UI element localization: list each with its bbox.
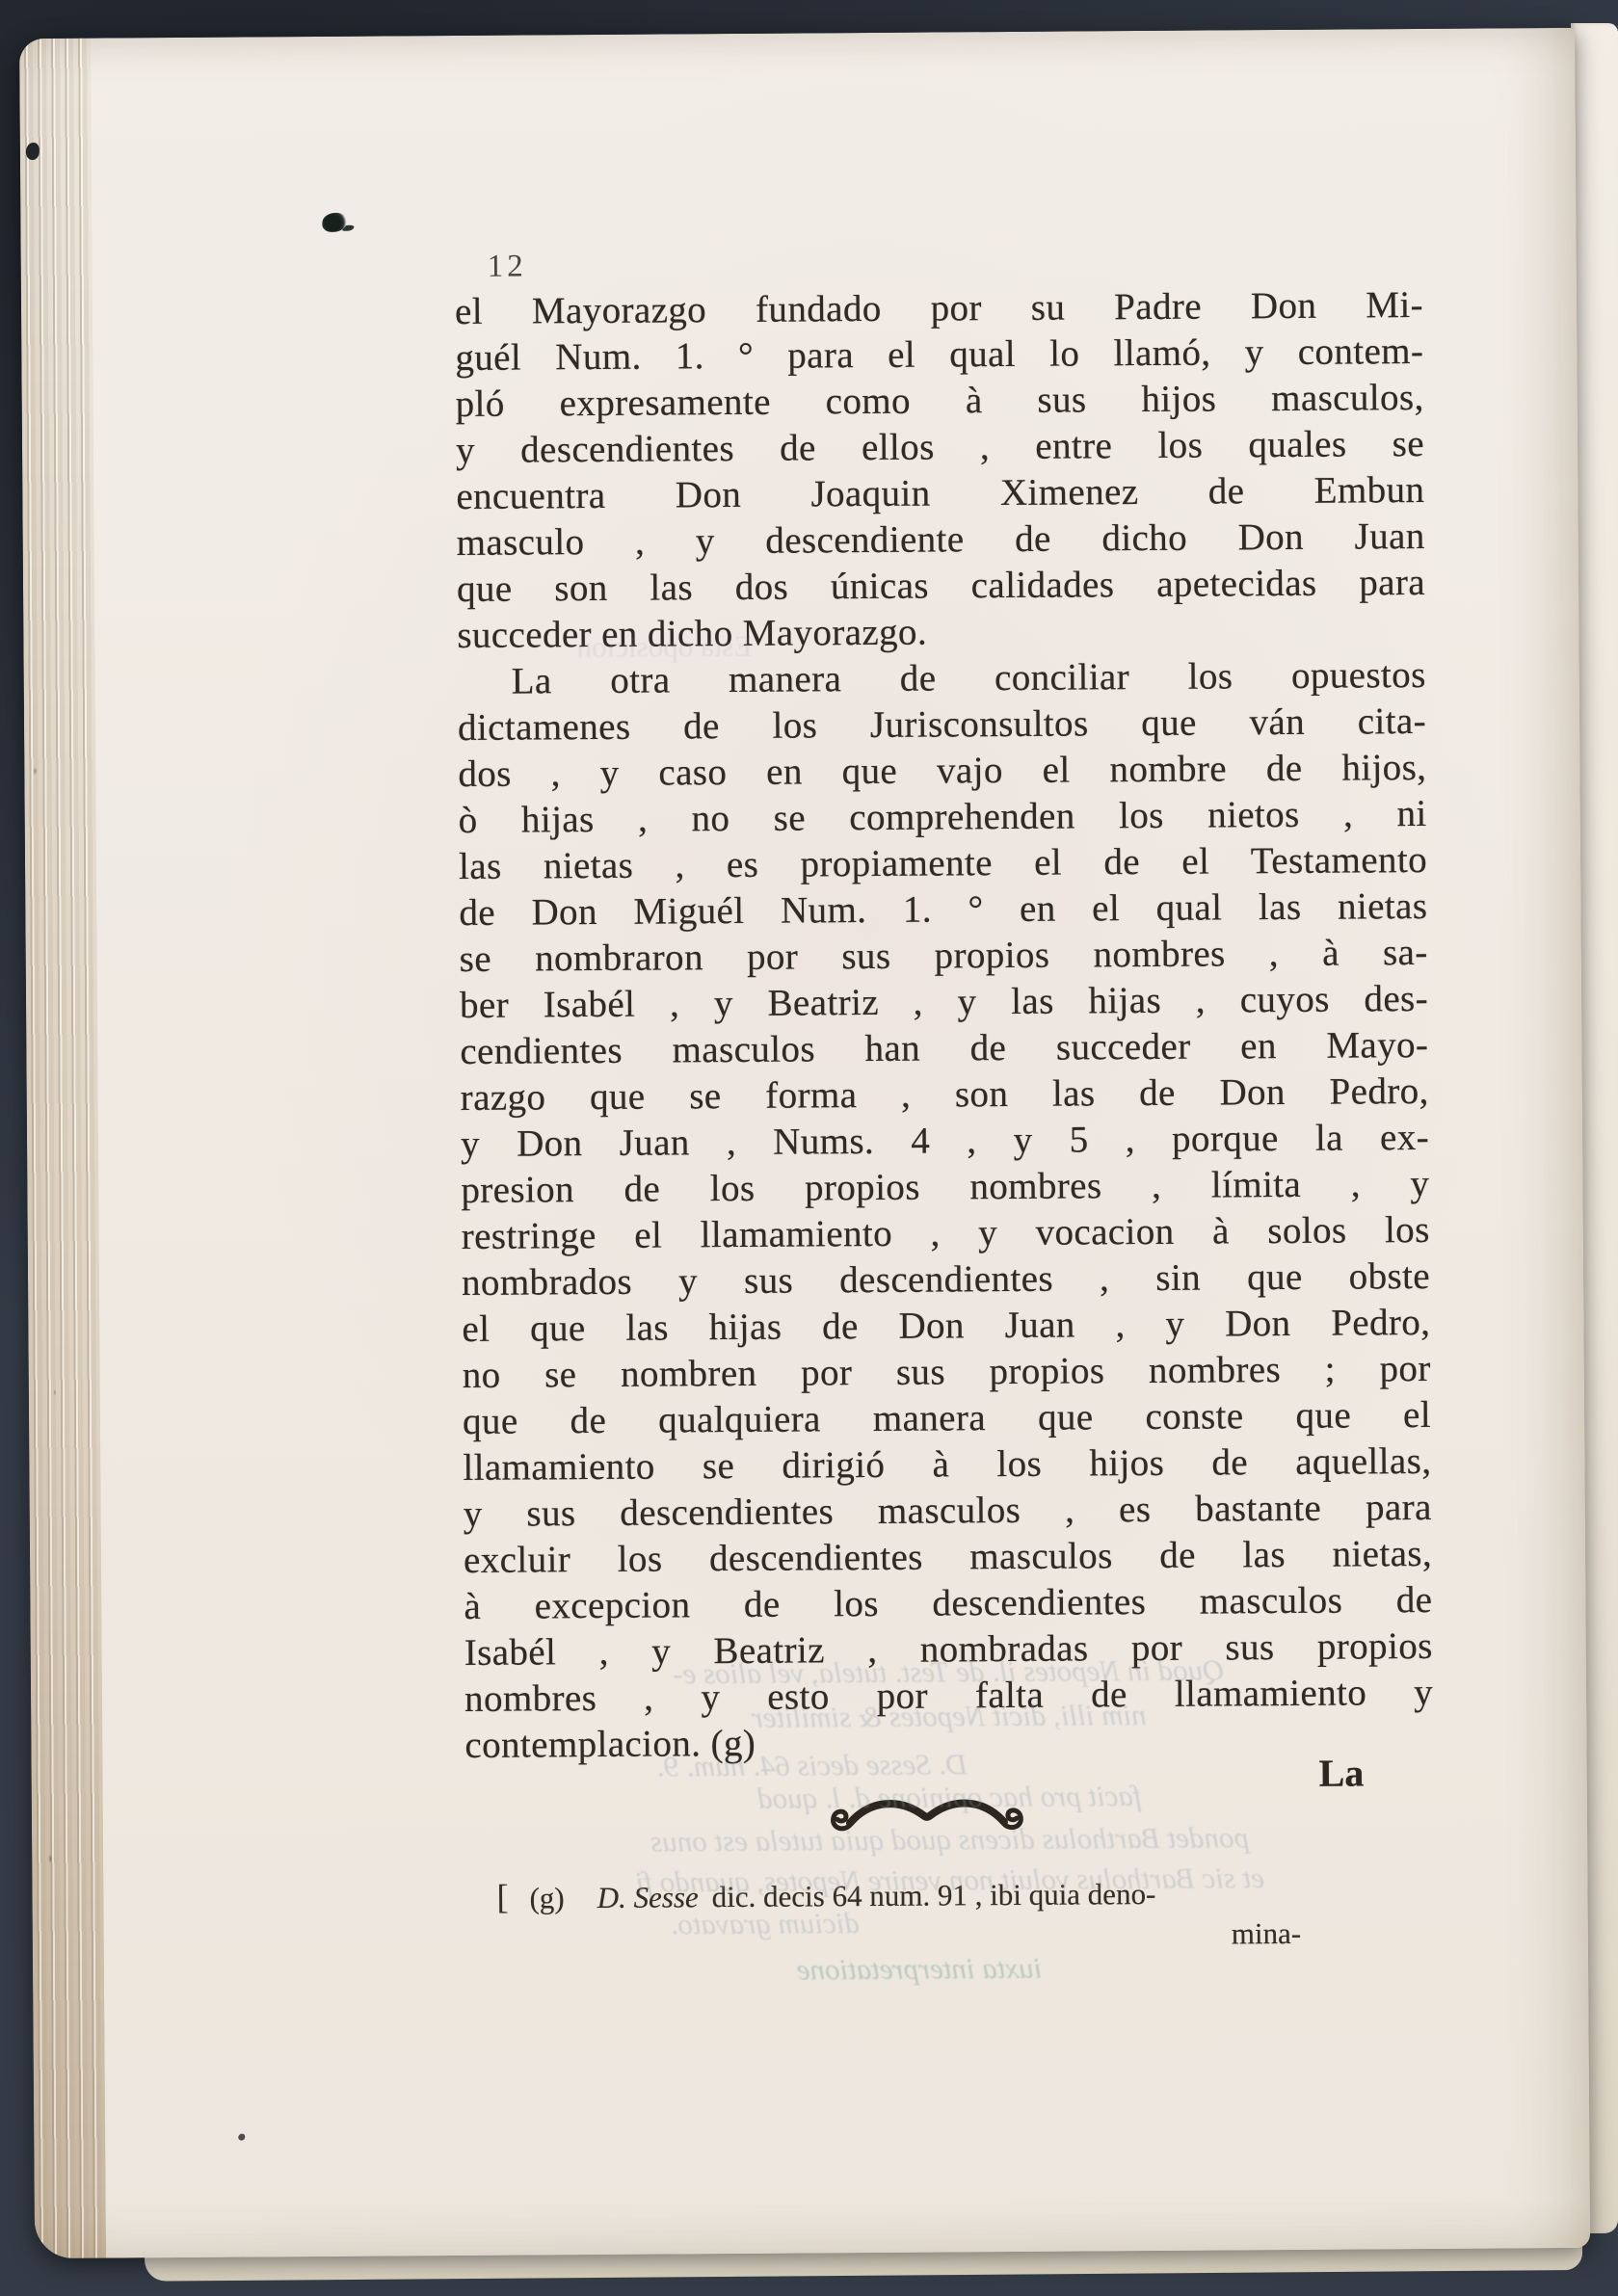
text-line: restringe el llamamiento , y vocacion à … xyxy=(462,1207,1430,1260)
ghost-text-line: Esta oposicion xyxy=(457,626,871,668)
text-line: el que las hijas de Don Juan , y Don Ped… xyxy=(462,1300,1430,1353)
text-line: de Don Miguél Num. 1. ° en el qual las n… xyxy=(459,884,1427,937)
text-line: no se nombren por sus propios nombres ; … xyxy=(463,1346,1431,1399)
text-line: y Don Juan , Nums. 4 , y 5 , porque la e… xyxy=(461,1115,1429,1168)
main-text-block: el Mayorazgo fundado por su Padre Don Mi… xyxy=(455,282,1434,1769)
text-line: cendientes masculos han de succeder en M… xyxy=(460,1022,1428,1075)
book-page-scan: 12 el Mayorazgo fundado por su Padre Don… xyxy=(0,0,1618,2296)
text-line: el Mayorazgo fundado por su Padre Don Mi… xyxy=(455,282,1423,335)
ghost-text-line: iuxta interpretatione xyxy=(572,1947,1266,1991)
ghost-text-line: dicium gravato. xyxy=(466,1903,1064,1945)
ghost-text-line: facit pro hac opinione d. l. quod xyxy=(465,1775,1434,1820)
text-line: se nombraron por sus propios nombres , à… xyxy=(460,930,1428,983)
text-line: que de qualquiera manera que conste que … xyxy=(463,1392,1431,1445)
text-line: llamamiento se dirigió à los hijos de aq… xyxy=(463,1438,1431,1491)
text-line: dictamenes de los Jurisconsultos que ván… xyxy=(458,699,1426,752)
text-line: y descendientes de ellos , entre los qua… xyxy=(456,421,1424,474)
ghost-text-line: pondet Bartholus dicens quod quia tutela… xyxy=(465,1817,1434,1862)
edge-speck xyxy=(26,143,40,160)
book-fore-edge xyxy=(19,39,106,2258)
footnote-catchword: mina- xyxy=(1232,1916,1302,1952)
ghost-text-line: Quod in Nepotes il. de Test. tutela, vel… xyxy=(464,1649,1433,1695)
text-line: excluir los descendientes masculos de la… xyxy=(464,1531,1432,1584)
text-line: y sus descendientes masculos , es bastan… xyxy=(464,1485,1432,1538)
ink-stain xyxy=(322,213,347,232)
text-line: pló expresamente como à sus hijos mascul… xyxy=(456,375,1424,428)
ghost-text-line: et sic Bartholus voluit non venire Nepot… xyxy=(465,1858,1434,1903)
text-line: presion de los propios nombres , límita … xyxy=(461,1161,1429,1214)
bleed-through-layer: Esta oposicionQuod in Nepotes il. de Tes… xyxy=(19,28,1575,39)
page-number: 12 xyxy=(488,249,527,284)
text-line: las nietas , es propiamente el de el Tes… xyxy=(459,837,1427,890)
text-line: dos , y caso en que vajo el nombre de hi… xyxy=(458,745,1426,798)
text-line: que son las dos únicas calidades apeteci… xyxy=(457,560,1425,613)
book-page: 12 el Mayorazgo fundado por su Padre Don… xyxy=(19,28,1590,2258)
ghost-text-line: nim illi, dicit Nepotes & similiter xyxy=(464,1694,1433,1739)
text-line: nombrados y sus descendientes , sin que … xyxy=(462,1254,1430,1306)
text-line: masculo , y descendiente de dicho Don Ju… xyxy=(457,514,1425,567)
text-line: ber Isabél , y Beatriz , y las hijas , c… xyxy=(460,976,1428,1029)
text-line: à excepcion de los descendientes masculo… xyxy=(464,1577,1432,1630)
text-line: razgo que se forma , son las de Don Pedr… xyxy=(461,1069,1429,1122)
paper-speck xyxy=(238,2134,245,2141)
text-line: guél Num. 1. ° para el qual lo llamó, y … xyxy=(455,329,1423,382)
text-line: ò hijas , no se comprehenden los nietos … xyxy=(459,791,1427,844)
text-line: encuentra Don Joaquin Ximenez de Embun xyxy=(456,467,1424,520)
